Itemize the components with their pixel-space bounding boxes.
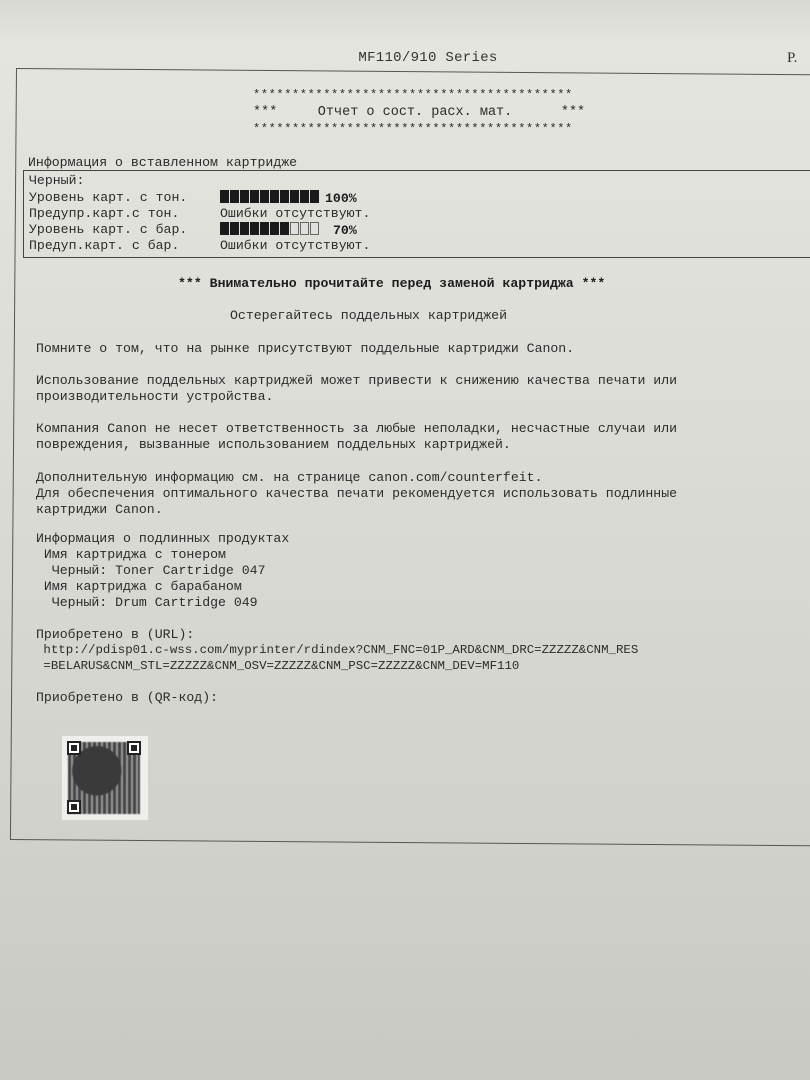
level-bar: 70% xyxy=(220,222,357,238)
counterfeit-subheading: Остерегайтесь поддельных картриджей xyxy=(230,308,507,323)
purchase-qr-label: Приобретено в (QR-код): xyxy=(36,690,218,705)
notice-paragraph-line: повреждения, вызванные использованием по… xyxy=(36,437,511,452)
stars-top: ****************************************… xyxy=(253,88,573,103)
qr-code-icon xyxy=(61,735,149,821)
paper-top-edge xyxy=(0,0,810,40)
drum-name-label: Имя картриджа с барабаном xyxy=(36,579,242,594)
color-label: Черный: xyxy=(29,173,84,188)
genuine-products-heading: Информация о подлинных продуктах xyxy=(36,531,289,546)
status-row-label: Предуп.карт. с бар. xyxy=(29,238,179,253)
report-title: *** Отчет о сост. расх. мат. *** xyxy=(253,105,585,120)
level-bar: 100% xyxy=(220,190,357,206)
notice-paragraph-line: Дополнительную информацию см. на страниц… xyxy=(36,470,542,485)
warning-heading: *** Внимательно прочитайте перед заменой… xyxy=(178,276,605,291)
toner-name-value: Черный: Toner Cartridge 047 xyxy=(36,563,266,578)
notice-paragraph-line: Использование поддельных картриджей може… xyxy=(36,373,677,388)
level-percent: 70% xyxy=(333,223,357,238)
status-text: Ошибки отсутствуют. xyxy=(220,206,370,221)
purchase-url-line-1: http://pdisp01.c-wss.com/myprinter/rdind… xyxy=(36,643,638,658)
toner-name-label: Имя картриджа с тонером xyxy=(36,547,226,562)
notice-paragraph-line: Компания Canon не несет ответственность … xyxy=(36,421,677,436)
notice-paragraph-line: картриджи Canon. xyxy=(36,502,163,517)
printer-series-header: MF110/910 Series xyxy=(0,50,810,66)
notice-paragraph-line: Помните о том, что на рынке присутствуют… xyxy=(36,341,574,356)
notice-paragraph-line: Для обеспечения оптимального качества пе… xyxy=(36,486,677,501)
purchase-url-label: Приобретено в (URL): xyxy=(36,627,194,642)
status-row-label: Уровень карт. с тон. xyxy=(29,190,187,205)
page-marker: P. xyxy=(787,50,797,67)
status-row-label: Уровень карт. с бар. xyxy=(29,222,187,237)
status-row-label: Предупр.карт.с тон. xyxy=(29,206,179,221)
cartridge-info-heading: Информация о вставленном картридже xyxy=(28,155,297,170)
stars-bottom: ****************************************… xyxy=(253,122,573,137)
drum-name-value: Черный: Drum Cartridge 049 xyxy=(36,595,258,610)
notice-paragraph-line: производительности устройства. xyxy=(36,389,273,404)
purchase-url-line-2: =BELARUS&CNM_STL=ZZZZZ&CNM_OSV=ZZZZZ&CNM… xyxy=(36,659,519,674)
status-text: Ошибки отсутствуют. xyxy=(220,238,370,253)
level-percent: 100% xyxy=(325,191,357,206)
